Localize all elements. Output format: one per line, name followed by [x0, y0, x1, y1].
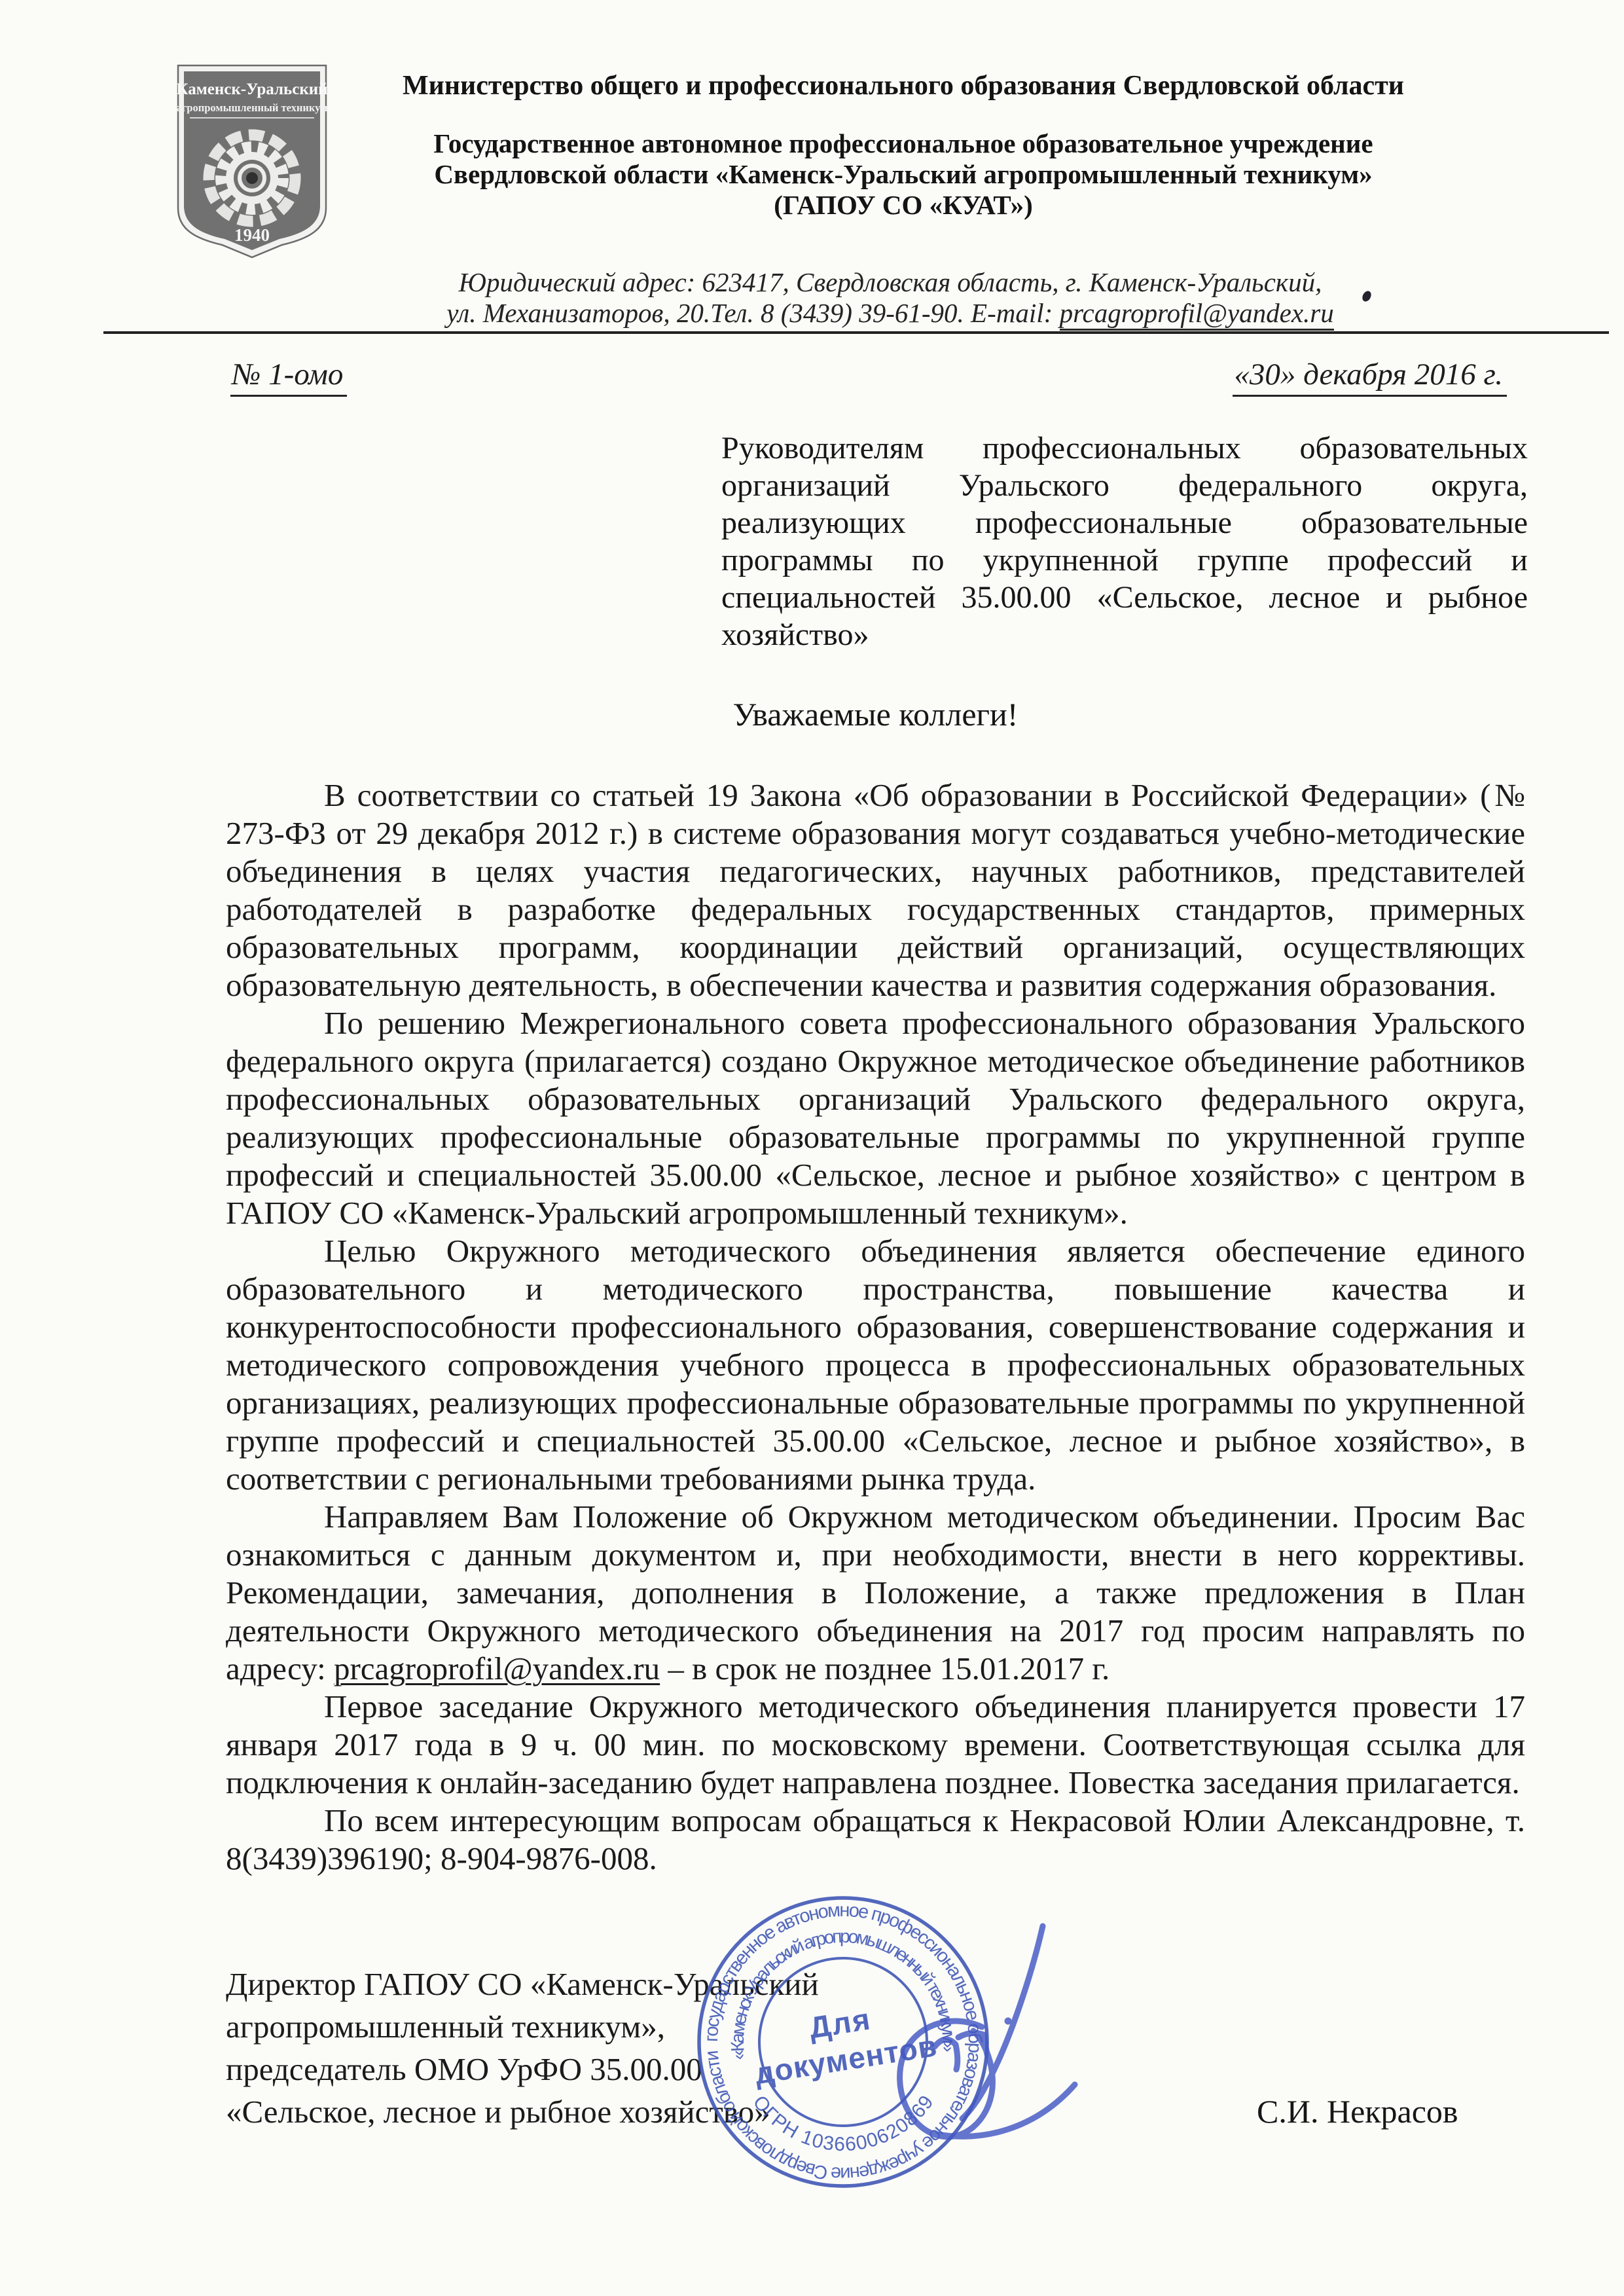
body-paragraph-3: Целью Окружного методического объединени… — [226, 1232, 1525, 1498]
body-paragraph-6: По всем интересующим вопросам обращаться… — [226, 1802, 1525, 1878]
shield-emblem-icon: Каменск-Уральский агропромышленный техни… — [175, 60, 329, 260]
emblem-year: 1940 — [234, 225, 270, 245]
organization-name-block: Государственное автономное профессиональ… — [367, 128, 1440, 221]
body-paragraph-5: Первое заседание Окружного методического… — [226, 1688, 1525, 1802]
letter-body: В соответствии со статьей 19 Закона «Об … — [226, 776, 1525, 1878]
ministry-line: Министерство общего и профессионального … — [367, 70, 1440, 101]
addressee-block: Руководителям профессиональных образоват… — [721, 429, 1528, 653]
school-emblem-logo: Каменск-Уральский агропромышленный техни… — [175, 60, 329, 260]
body-paragraph-4: Направляем Вам Положение об Окружном мет… — [226, 1498, 1525, 1688]
contact-email: prcagroprofil@yandex.ru — [334, 1650, 660, 1686]
letterhead-email: prcagroprofil@yandex.ru — [1060, 298, 1334, 331]
handwritten-signature — [838, 1899, 1165, 2164]
body-paragraph-2: По решению Межрегионального совета профе… — [226, 1004, 1525, 1232]
signer-name: С.И. Некрасов — [1257, 2092, 1532, 2130]
scanned-letter-page: Каменск-Уральский агропромышленный техни… — [0, 0, 1624, 2296]
legal-address-line1: Юридический адрес: 623417, Свердловская … — [353, 267, 1427, 298]
emblem-title-line2: агропромышленный техникум — [177, 101, 328, 114]
salutation: Уважаемые коллеги! — [226, 695, 1525, 733]
emblem-title-line1: Каменск-Уральский — [176, 81, 327, 98]
org-line-2: Свердловской области «Каменск-Уральский … — [367, 159, 1440, 190]
legal-address-block: Юридический адрес: 623417, Свердловская … — [353, 267, 1427, 329]
reference-row: № 1-омо «30» декабря 2016 г. — [230, 357, 1507, 397]
org-line-1: Государственное автономное профессиональ… — [367, 128, 1440, 159]
letterhead-divider-line — [103, 331, 1609, 334]
outgoing-number: № 1-омо — [230, 357, 347, 397]
org-line-3: (ГАПОУ СО «КУАТ») — [367, 190, 1440, 221]
legal-address-line2: ул. Механизаторов, 20.Тел. 8 (3439) 39-6… — [353, 298, 1427, 329]
body-paragraph-1: В соответствии со статьей 19 Закона «Об … — [226, 776, 1525, 1004]
letter-date: «30» декабря 2016 г. — [1233, 357, 1507, 397]
